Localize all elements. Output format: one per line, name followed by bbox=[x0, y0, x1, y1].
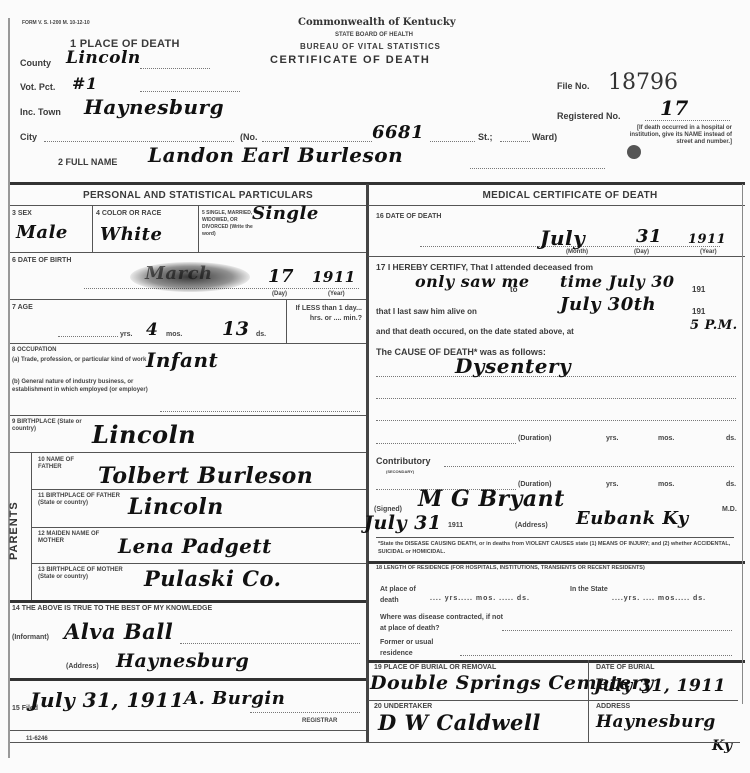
divider bbox=[368, 660, 745, 663]
divider bbox=[92, 205, 93, 252]
county-value: Lincoln bbox=[66, 48, 141, 68]
residence-label: 18 LENGTH OF RESIDENCE (FOR HOSPITALS, I… bbox=[376, 565, 736, 572]
registered-no-value: 17 bbox=[660, 96, 689, 120]
sex-value: Male bbox=[16, 222, 68, 243]
divider bbox=[198, 205, 199, 252]
contributory-label: Contributory bbox=[376, 456, 431, 466]
parents-label: PARENTS bbox=[8, 501, 20, 560]
duration-label: (Duration) bbox=[518, 435, 551, 442]
registered-no-line bbox=[645, 120, 730, 121]
ward-line bbox=[500, 141, 530, 142]
ward-label: Ward) bbox=[532, 132, 557, 142]
occupation-a-label: (a) Trade, profession, or particular kin… bbox=[12, 356, 162, 364]
mother-birthplace-value: Pulaski Co. bbox=[144, 566, 281, 591]
divider bbox=[31, 489, 366, 490]
death-certificate: FORM V. S. I-200 M. 10-12-10 1 PLACE OF … bbox=[0, 0, 750, 773]
last-saw-value: July 30th bbox=[560, 294, 656, 315]
death-day-caption: (Day) bbox=[634, 249, 649, 256]
attended-to-label: to bbox=[510, 285, 518, 294]
burial-place-label: 19 PLACE OF BURIAL OR REMOVAL bbox=[374, 664, 496, 671]
divider bbox=[10, 252, 366, 253]
former-residence-line bbox=[460, 655, 732, 656]
dob-year-caption: (Year) bbox=[328, 291, 345, 298]
informant-label: (Informant) bbox=[12, 634, 49, 641]
signed-date-value: July 31 bbox=[364, 512, 442, 534]
dob-month-value: March bbox=[145, 263, 213, 284]
divider bbox=[31, 452, 32, 600]
contributory-yrs: yrs. bbox=[606, 481, 618, 488]
burial-date-label: DATE OF BURIAL bbox=[596, 664, 655, 671]
duration-line bbox=[376, 443, 516, 444]
age-label: 7 AGE bbox=[12, 304, 33, 311]
occupation-label: 8 OCCUPATION bbox=[12, 347, 56, 354]
doctor-address-value: Eubank Ky bbox=[576, 508, 689, 529]
city-line bbox=[44, 141, 234, 142]
divider bbox=[368, 700, 738, 701]
full-name-line bbox=[470, 168, 605, 169]
age-yrs-caption: yrs. bbox=[120, 331, 132, 338]
certificate-title: CERTIFICATE OF DEATH bbox=[270, 54, 430, 66]
city-label: City bbox=[20, 132, 37, 142]
contributory-mos: mos. bbox=[658, 481, 674, 488]
vot-pct-label: Vot. Pct. bbox=[20, 82, 55, 92]
signed-year-value: 1911 bbox=[448, 522, 463, 529]
medical-heading: MEDICAL CERTIFICATE OF DEATH bbox=[420, 190, 720, 201]
secondary-label: (SECONDARY) bbox=[386, 468, 414, 475]
street-no-line-b bbox=[430, 141, 475, 142]
occupation-b-line bbox=[160, 411, 360, 412]
footnote: *State the DISEASE CAUSING DEATH, or in … bbox=[378, 540, 738, 556]
divider bbox=[368, 561, 745, 564]
divider bbox=[10, 452, 366, 453]
father-name-label: 10 NAME OF FATHER bbox=[38, 457, 98, 471]
age-days-caption: ds. bbox=[256, 331, 266, 338]
informant-value: Alva Ball bbox=[64, 619, 173, 644]
age-months-caption: mos. bbox=[166, 331, 182, 338]
full-name-label: 2 FULL NAME bbox=[58, 157, 117, 167]
file-no-label: File No. bbox=[557, 81, 590, 91]
undertaker-label: 20 UNDERTAKER bbox=[374, 703, 432, 710]
mother-birthplace-label: 13 BIRTHPLACE OF MOTHER (State or countr… bbox=[38, 567, 128, 581]
attended-year-suffix: 191 bbox=[692, 285, 705, 294]
divider bbox=[286, 299, 287, 343]
marital-value: Single bbox=[252, 203, 319, 224]
divider bbox=[10, 343, 366, 344]
informant-line bbox=[180, 643, 360, 644]
mother-name-value: Lena Padgett bbox=[118, 534, 272, 558]
filed-date-value: July 31, 1911 bbox=[30, 688, 184, 712]
divider bbox=[10, 678, 366, 681]
informant-address-value: Haynesburg bbox=[116, 650, 249, 672]
former-residence-label: Former or usual residence bbox=[380, 637, 460, 659]
hospital-note: [If death occurred in a hospital or inst… bbox=[628, 125, 732, 146]
age-days-value: 13 bbox=[222, 318, 249, 340]
at-place-durations: .... yrs..... mos. ..... ds. bbox=[430, 595, 530, 602]
duration-mos: mos. bbox=[658, 435, 674, 442]
inc-town-label: Inc. Town bbox=[20, 107, 61, 117]
less-than-label: If LESS than 1 day... hrs. or .... min.? bbox=[290, 304, 362, 324]
death-occurred-label: and that death occured, on the date stat… bbox=[376, 327, 574, 336]
doctor-address-label: (Address) bbox=[515, 522, 548, 529]
mother-name-label: 12 MAIDEN NAME OF MOTHER bbox=[38, 531, 118, 545]
commonwealth-title: Commonwealth of Kentucky bbox=[298, 17, 456, 28]
death-month-caption: (Month) bbox=[566, 249, 588, 256]
divider bbox=[368, 205, 745, 206]
death-year-caption: (Year) bbox=[700, 249, 717, 256]
death-day-value: 31 bbox=[636, 226, 662, 247]
divider bbox=[10, 299, 366, 300]
county-line bbox=[140, 68, 210, 69]
dob-day-caption: (Day) bbox=[272, 291, 287, 298]
contracted-line bbox=[502, 630, 732, 631]
divider bbox=[10, 600, 366, 603]
street-label: St.; bbox=[478, 132, 493, 142]
in-state-durations: ....yrs. .... mos..... ds. bbox=[612, 595, 706, 602]
full-name-value: Landon Earl Burleson bbox=[148, 143, 403, 167]
divider bbox=[10, 730, 366, 731]
divider bbox=[10, 742, 740, 743]
at-place-label: At place of death bbox=[380, 584, 430, 606]
file-no-value: 18796 bbox=[608, 70, 678, 95]
md-label: M.D. bbox=[722, 506, 737, 513]
county-label: County bbox=[20, 58, 51, 68]
bureau: BUREAU OF VITAL STATISTICS bbox=[300, 42, 441, 51]
death-month-value: July bbox=[540, 226, 585, 250]
state-board: STATE BOARD OF HEALTH bbox=[335, 32, 413, 39]
signed-value: M G Bryant bbox=[418, 486, 565, 512]
registrar-line bbox=[250, 712, 360, 713]
divider bbox=[31, 563, 366, 564]
age-yrs-line bbox=[58, 336, 118, 337]
birthplace-label: 9 BIRTHPLACE (State or country) bbox=[12, 419, 92, 433]
vot-pct-value: #1 bbox=[72, 74, 98, 93]
inc-town-value: Haynesburg bbox=[84, 95, 224, 119]
dob-day-value: 17 bbox=[268, 266, 294, 287]
header-divider bbox=[10, 182, 745, 185]
cause-line-3 bbox=[376, 420, 736, 421]
street-no-value: 6681 bbox=[372, 122, 424, 143]
burial-date-value: July 31, 1911 bbox=[594, 676, 726, 696]
undertaker-address-value: Haynesburg bbox=[596, 712, 716, 732]
personal-heading: PERSONAL AND STATISTICAL PARTICULARS bbox=[48, 190, 348, 201]
true-statement: 14 THE ABOVE IS TRUE TO THE BEST OF MY K… bbox=[12, 605, 212, 612]
divider bbox=[31, 527, 366, 528]
sex-label: 3 SEX bbox=[12, 210, 32, 217]
father-birthplace-label: 11 BIRTHPLACE OF FATHER (State or countr… bbox=[38, 493, 128, 507]
race-label: 4 COLOR OR RACE bbox=[96, 210, 161, 217]
cause-line-2 bbox=[376, 398, 736, 399]
divider bbox=[588, 660, 589, 742]
registrar-label: REGISTRAR bbox=[302, 718, 337, 725]
ink-blot bbox=[627, 145, 641, 159]
father-name-value: Tolbert Burleson bbox=[98, 463, 313, 489]
attended-to-value: time July 30 bbox=[560, 272, 675, 291]
contributory-ds: ds. bbox=[726, 481, 736, 488]
center-divider bbox=[366, 184, 369, 742]
divider bbox=[376, 537, 734, 538]
age-months-value: 4 bbox=[146, 320, 158, 340]
occupation-b-label: (b) General nature of industry business,… bbox=[12, 378, 162, 394]
duration-yrs: yrs. bbox=[606, 435, 618, 442]
birthplace-value: Lincoln bbox=[92, 420, 196, 449]
father-birthplace-value: Lincoln bbox=[128, 494, 224, 520]
cause-value: Dysentery bbox=[455, 354, 571, 378]
registrar-signature: A. Burgin bbox=[184, 688, 285, 709]
scan-edge bbox=[8, 18, 10, 758]
street-no-label: (No. bbox=[240, 132, 258, 142]
marital-label: 5 SINGLE, MARRIED, WIDOWED, OR DIVORCED … bbox=[202, 210, 258, 238]
contracted-label: Where was disease contracted, if not at … bbox=[380, 612, 510, 634]
date-of-death-label: 16 DATE OF DEATH bbox=[376, 213, 441, 220]
undertaker-value: D W Caldwell bbox=[378, 710, 541, 735]
last-saw-label: that I last saw him alive on bbox=[376, 307, 477, 316]
divider bbox=[10, 415, 366, 416]
dob-year-value: 1911 bbox=[312, 268, 356, 286]
undertaker-address-label: ADDRESS bbox=[596, 703, 630, 710]
death-year-value: 1911 bbox=[688, 232, 726, 247]
in-state-label: In the State bbox=[570, 584, 610, 595]
divider bbox=[368, 256, 745, 257]
death-time-value: 5 P.M. bbox=[690, 318, 738, 333]
certify-label: 17 I HEREBY CERTIFY, That I attended dec… bbox=[376, 262, 593, 272]
form-number: FORM V. S. I-200 M. 10-12-10 bbox=[22, 20, 90, 27]
contributory-line bbox=[444, 466, 734, 467]
race-value: White bbox=[100, 224, 162, 245]
registered-no-label: Registered No. bbox=[557, 111, 621, 121]
occupation-value: Infant bbox=[146, 348, 218, 372]
dob-label: 6 DATE OF BIRTH bbox=[12, 257, 71, 264]
last-saw-year-suffix: 191 bbox=[692, 307, 705, 316]
informant-address-label: (Address) bbox=[66, 663, 99, 670]
right-border bbox=[742, 184, 743, 704]
undertaker-state-value: Ky bbox=[712, 738, 733, 754]
vot-pct-line bbox=[140, 91, 240, 92]
street-no-line-a bbox=[262, 141, 372, 142]
duration-ds: ds. bbox=[726, 435, 736, 442]
